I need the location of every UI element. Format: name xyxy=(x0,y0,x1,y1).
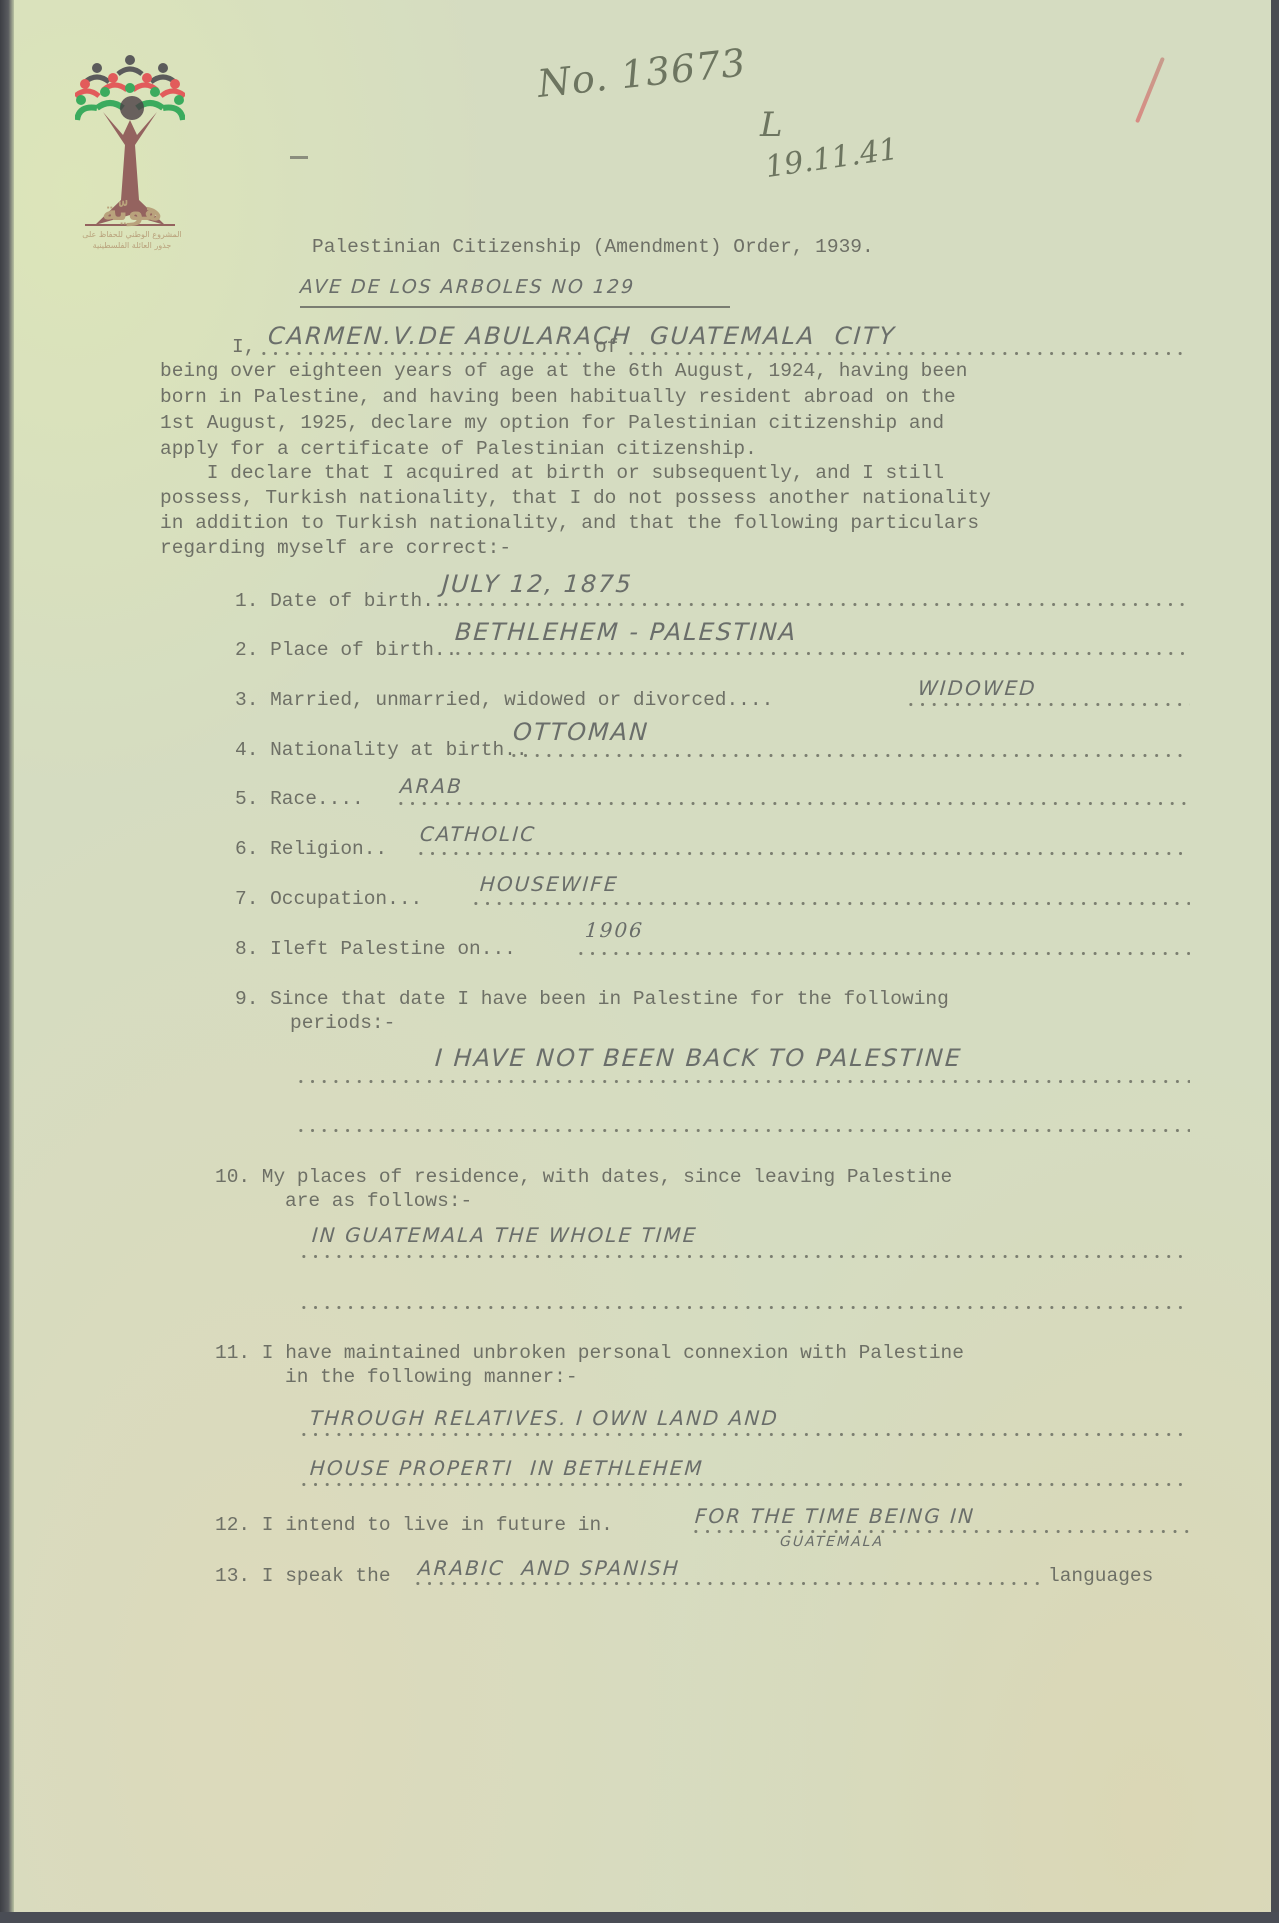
item-5-value: ARAB xyxy=(399,774,464,798)
item-13-dotted-line xyxy=(412,1582,1040,1585)
item-13-value: ARABIC AND SPANISH xyxy=(417,1556,681,1580)
item-7-label: 7. Occupation... xyxy=(235,886,422,912)
item-7-value: HOUSEWIFE xyxy=(479,872,619,896)
logo-arabic-title: هويّة xyxy=(62,195,202,229)
item-1-value: JULY 12, 1875 xyxy=(441,570,634,598)
declaration-line-3: 1st August, 1925, declare my option for … xyxy=(160,410,944,436)
item-12-dotted-line xyxy=(690,1530,1190,1533)
item-10-dotted-line-2 xyxy=(298,1306,1190,1309)
item-5-dotted-line xyxy=(395,802,1190,805)
nationality-line-2: possess, Turkish nationality, that I do … xyxy=(160,485,991,511)
logo-arabic-line1: المشروع الوطني للحفاظ على xyxy=(62,229,202,240)
item-8-dotted-line xyxy=(575,952,1190,955)
logo-arabic-line2: جذور العائلة الفلسطينية xyxy=(62,240,202,251)
item-11-value: THROUGH RELATIVES. I OWN LAND AND xyxy=(309,1406,780,1430)
nationality-line-3: in addition to Turkish nationality, and … xyxy=(160,510,979,536)
item-10-label-cont: are as follows:- xyxy=(285,1188,472,1214)
item-9-label: 9. Since that date I have been in Palest… xyxy=(235,986,949,1012)
declaration-prefix: I, xyxy=(232,334,255,360)
item-8-label: 8. Ileft Palestine on... xyxy=(235,936,516,962)
ink-smudge xyxy=(290,156,308,159)
item-3-value: WIDOWED xyxy=(917,676,1037,700)
city-dotted-line xyxy=(625,352,1190,355)
scan-bottom-edge xyxy=(0,1912,1279,1923)
scan-right-edge xyxy=(1271,0,1279,1923)
item-6-label: 6. Religion.. xyxy=(235,836,387,862)
name-dotted-line xyxy=(258,352,588,355)
item-11-dotted-line-1 xyxy=(298,1433,1190,1436)
item-11-value-cont: HOUSE PROPERTI IN BETHLEHEM xyxy=(309,1456,704,1480)
item-2-label: 2. Place of birth.. xyxy=(235,637,457,663)
item-8-value: 1906 xyxy=(584,918,645,942)
item-6-dotted-line xyxy=(415,852,1190,855)
item-9-dotted-line-1 xyxy=(295,1080,1190,1083)
item-1-label: 1. Date of birth.. xyxy=(235,588,446,614)
item-3-dotted-line xyxy=(905,703,1190,706)
item-13-suffix: languages xyxy=(1048,1563,1153,1589)
item-10-label: 10. My places of residence, with dates, … xyxy=(215,1164,952,1190)
item-5-label: 5. Race.... xyxy=(235,786,364,812)
document-title: Palestinian Citizenship (Amendment) Orde… xyxy=(312,234,874,260)
applicant-city: GUATEMALA CITY xyxy=(649,322,897,350)
item-7-dotted-line xyxy=(470,902,1190,905)
item-6-value: CATHOLIC xyxy=(419,822,537,846)
item-4-value: OTTOMAN xyxy=(512,718,650,746)
item-12-label: 12. I intend to live in future in. xyxy=(215,1512,613,1538)
item-2-value: BETHLEHEM - PALESTINA xyxy=(454,618,798,646)
item-4-dotted-line xyxy=(508,754,1190,757)
item-9-value: I HAVE NOT BEEN BACK TO PALESTINE xyxy=(434,1044,963,1072)
of-label: of xyxy=(595,334,618,360)
declaration-line-1: being over eighteen years of age at the … xyxy=(160,358,967,384)
declaration-line-4: apply for a certificate of Palestinian c… xyxy=(160,436,757,462)
nationality-line-4: regarding myself are correct:- xyxy=(160,535,511,561)
declaration-line-2: born in Palestine, and having been habit… xyxy=(160,384,956,410)
item-9-dotted-line-2 xyxy=(295,1129,1190,1132)
item-12-value-cont: GUATEMALA xyxy=(779,1534,884,1550)
item-2-dotted-line xyxy=(452,652,1190,655)
logo-caption: هويّة المشروع الوطني للحفاظ على جذور الع… xyxy=(62,195,202,251)
scan-left-edge xyxy=(0,0,14,1923)
applicant-name: CARMEN.V.DE ABULARACH xyxy=(267,322,633,350)
item-1-dotted-line xyxy=(440,603,1190,606)
handwritten-initial: L xyxy=(760,105,783,145)
item-11-label-cont: in the following manner:- xyxy=(285,1364,578,1390)
item-11-dotted-line-2 xyxy=(298,1483,1190,1486)
item-10-value: IN GUATEMALA THE WHOLE TIME xyxy=(311,1223,698,1247)
address-underline xyxy=(300,306,730,308)
item-12-value: FOR THE TIME BEING IN xyxy=(694,1504,976,1528)
item-11-label: 11. I have maintained unbroken personal … xyxy=(215,1340,964,1366)
item-3-label: 3. Married, unmarried, widowed or divorc… xyxy=(235,687,773,713)
item-10-dotted-line-1 xyxy=(298,1255,1190,1258)
item-13-label: 13. I speak the xyxy=(215,1563,391,1589)
document-page xyxy=(10,0,1272,1914)
nationality-line-1: I declare that I acquired at birth or su… xyxy=(160,460,944,486)
address-line: AVE DE LOS ARBOLES NO 129 xyxy=(299,276,636,298)
item-9-label-cont: periods:- xyxy=(290,1010,395,1036)
item-4-label: 4. Nationality at birth.. xyxy=(235,737,528,763)
